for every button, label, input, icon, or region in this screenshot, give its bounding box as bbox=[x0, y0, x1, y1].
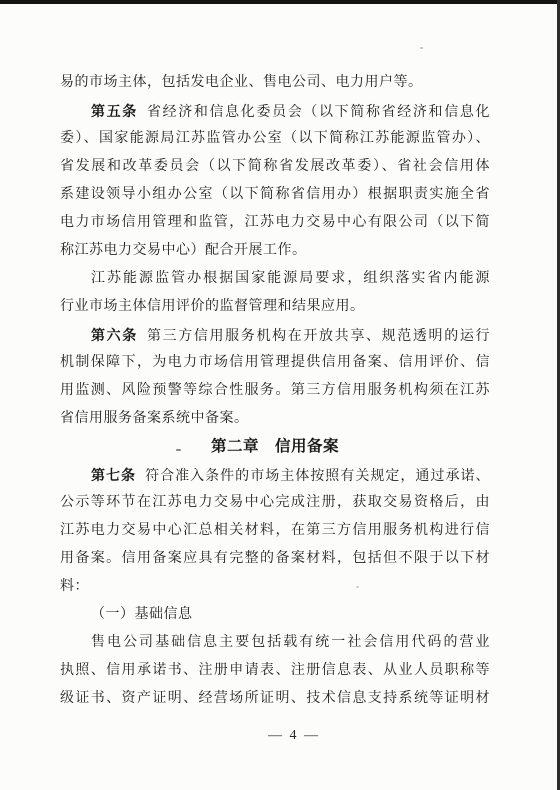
document-body: 易的市场主体，包括发电企业、售电公司、电力用户等。第五条省经济和信息化委员会（以… bbox=[60, 69, 490, 713]
text-line: 第六条第三方信用服务机构在开放共享、规范透明的运行 bbox=[60, 321, 490, 349]
text-line: 第七条符合准入条件的市场主体按照有关规定，通过承诺、 bbox=[60, 461, 490, 489]
text-line: 省发展和改革委员会（以下简称省发展改革委）、省社会信用体 bbox=[60, 153, 490, 181]
text-line: 称江苏电力交易中心）配合开展工作。 bbox=[60, 237, 490, 265]
text-line: 机制保障下，为电力市场信用管理提供信用备案、信用评价、信 bbox=[60, 349, 490, 377]
text-line: 江苏电力交易中心汇总相关材料，在第三方信用服务机构进行信 bbox=[60, 517, 490, 545]
text-line: 执照、信用承诺书、注册申请表、注册信息表、从业人员职称等 bbox=[60, 657, 490, 685]
text-line: 用备案。信用备案应具有完整的备案材料，包括但不限于以下材 bbox=[60, 545, 490, 573]
text-line: 系建设领导小组办公室（以下简称省信用办）根据职责实施全省 bbox=[60, 181, 490, 209]
text-line: 用监测、风险预警等综合性服务。第三方信用服务机构须在江苏 bbox=[60, 377, 490, 405]
article-number: 第六条 bbox=[91, 327, 138, 343]
scan-edge-top bbox=[0, 0, 560, 4]
chapter-heading: 第二章 信用备案 bbox=[60, 433, 490, 461]
article-number: 第七条 bbox=[91, 467, 136, 483]
text-line: 易的市场主体，包括发电企业、售电公司、电力用户等。 bbox=[60, 69, 490, 97]
text-line: 售电公司基础信息主要包括载有统一社会信用代码的营业 bbox=[60, 629, 490, 657]
article-number: 第五条 bbox=[91, 103, 138, 119]
text-line: 委）、国家能源局江苏监管办公室（以下简称江苏能源监管办）、 bbox=[60, 125, 490, 153]
text-line: （一）基础信息 bbox=[60, 601, 490, 629]
text-line: 电力市场信用管理和监管，江苏电力交易中心有限公司（以下简 bbox=[60, 209, 490, 237]
text-line: 公示等环节在江苏电力交易中心完成注册，获取交易资格后，由 bbox=[60, 489, 490, 517]
text-line: 江苏能源监管办根据国家能源局要求，组织落实省内能源 bbox=[60, 265, 490, 293]
text-line: 行业市场主体信用评价的监督管理和结果应用。 bbox=[60, 293, 490, 321]
text-line: 料： bbox=[60, 573, 490, 601]
text-line: 省信用服务备案系统中备案。 bbox=[60, 405, 490, 433]
scan-speckle bbox=[420, 47, 423, 49]
text-line: 级证书、资产证明、经营场所证明、技术信息支持系统等证明材 bbox=[60, 685, 490, 713]
scanned-document-page: 易的市场主体，包括发电企业、售电公司、电力用户等。第五条省经济和信息化委员会（以… bbox=[0, 0, 560, 790]
page-number: — 4 — bbox=[0, 728, 560, 744]
text-line: 第五条省经济和信息化委员会（以下简称省经济和信息化 bbox=[60, 97, 490, 125]
